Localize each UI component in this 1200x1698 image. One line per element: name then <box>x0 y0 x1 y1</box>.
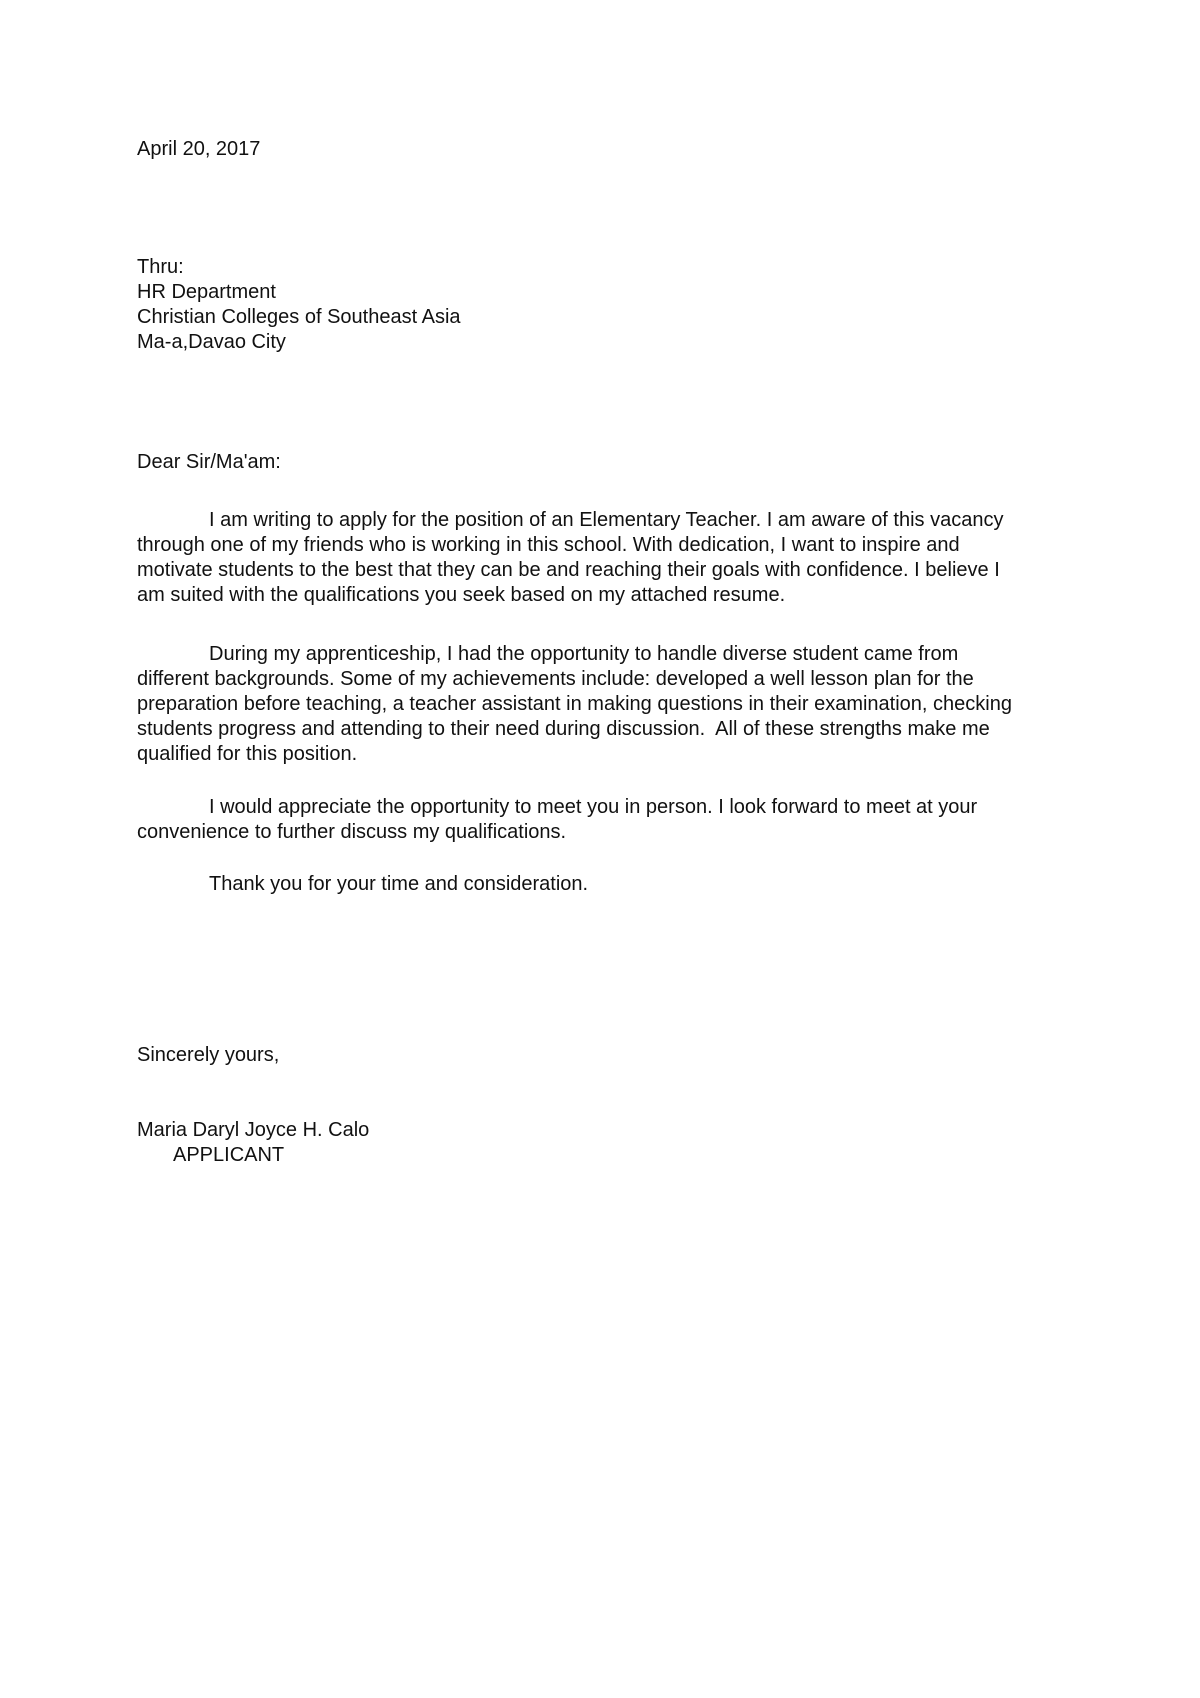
salutation: Dear Sir/Ma'am: <box>137 450 1030 475</box>
signature-name: Maria Daryl Joyce H. Calo <box>137 1118 1030 1143</box>
recipient-organization: Christian Colleges of Southeast Asia <box>137 305 1030 330</box>
paragraph-meeting-request: I would appreciate the opportunity to me… <box>137 795 1030 845</box>
letter-date: April 20, 2017 <box>137 137 1030 162</box>
recipient-thru-label: Thru: <box>137 255 1030 280</box>
paragraph-introduction: I am writing to apply for the position o… <box>137 508 1030 608</box>
application-letter-page: April 20, 2017 Thru: HR Department Chris… <box>0 0 1200 1698</box>
paragraph-experience: During my apprenticeship, I had the oppo… <box>137 642 1030 767</box>
signature-title: APPLICANT <box>137 1143 1030 1168</box>
recipient-department: HR Department <box>137 280 1030 305</box>
signature-block: Maria Daryl Joyce H. Calo APPLICANT <box>137 1118 1030 1168</box>
closing: Sincerely yours, <box>137 1043 1030 1068</box>
recipient-block: Thru: HR Department Christian Colleges o… <box>137 255 1030 355</box>
recipient-address: Ma-a,Davao City <box>137 330 1030 355</box>
thanks-line: Thank you for your time and consideratio… <box>137 872 1030 897</box>
